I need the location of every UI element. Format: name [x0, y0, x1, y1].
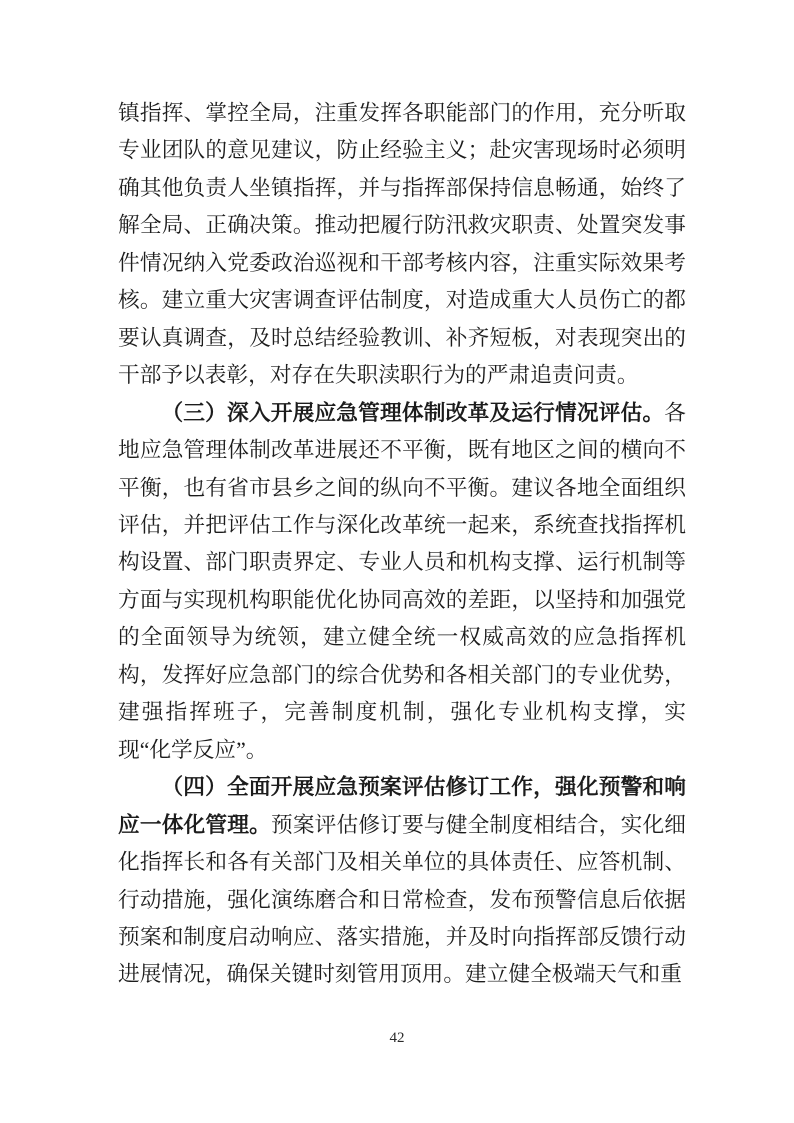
paragraph-section-4: （四）全面开展应急预案评估修订工作，强化预警和响应一体化管理。预案评估修订要与健…: [118, 769, 686, 994]
paragraph-text: 各地应急管理体制改革进展还不平衡，既有地区之间的横向不平衡，也有省市县乡之间的纵…: [118, 401, 686, 762]
paragraph-section-3: （三）深入开展应急管理体制改革及运行情况评估。各地应急管理体制改革进展还不平衡，…: [118, 395, 686, 770]
paragraph-text: 镇指挥、掌控全局，注重发挥各职能部门的作用，充分听取专业团队的意见建议，防止经验…: [118, 101, 686, 387]
section-3-heading-lead: （三）深入开展应急管理体制改革及运行情况评估。: [161, 401, 664, 425]
paragraph-continuation: 镇指挥、掌控全局，注重发挥各职能部门的作用，充分听取专业团队的意见建议，防止经验…: [118, 95, 686, 395]
page-body-text: 镇指挥、掌控全局，注重发挥各职能部门的作用，充分听取专业团队的意见建议，防止经验…: [118, 95, 686, 994]
document-page: 镇指挥、掌控全局，注重发挥各职能部门的作用，充分听取专业团队的意见建议，防止经验…: [0, 0, 794, 1123]
page-number: 42: [0, 1030, 794, 1047]
paragraph-text: 预案评估修订要与健全制度相结合，实化细化指挥长和各有关部门及相关单位的具体责任、…: [118, 813, 686, 987]
